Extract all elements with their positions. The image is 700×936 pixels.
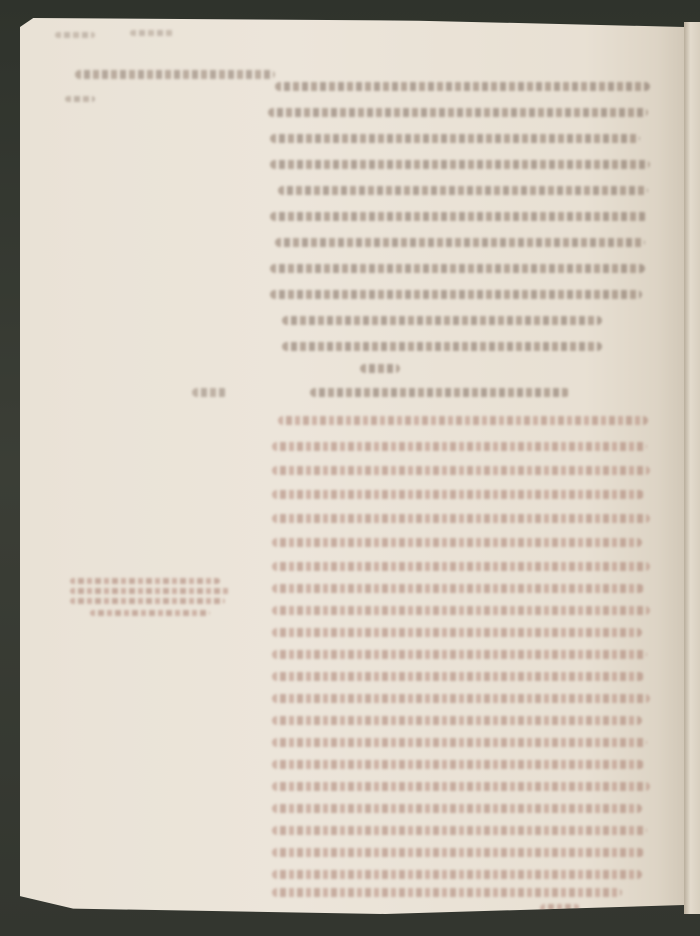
adjacent-page-edge xyxy=(684,22,700,914)
margin-note-1: [illegible] xyxy=(192,378,232,418)
manuscript-page: Scanned verso of a handwritten manuscrip… xyxy=(20,18,684,914)
